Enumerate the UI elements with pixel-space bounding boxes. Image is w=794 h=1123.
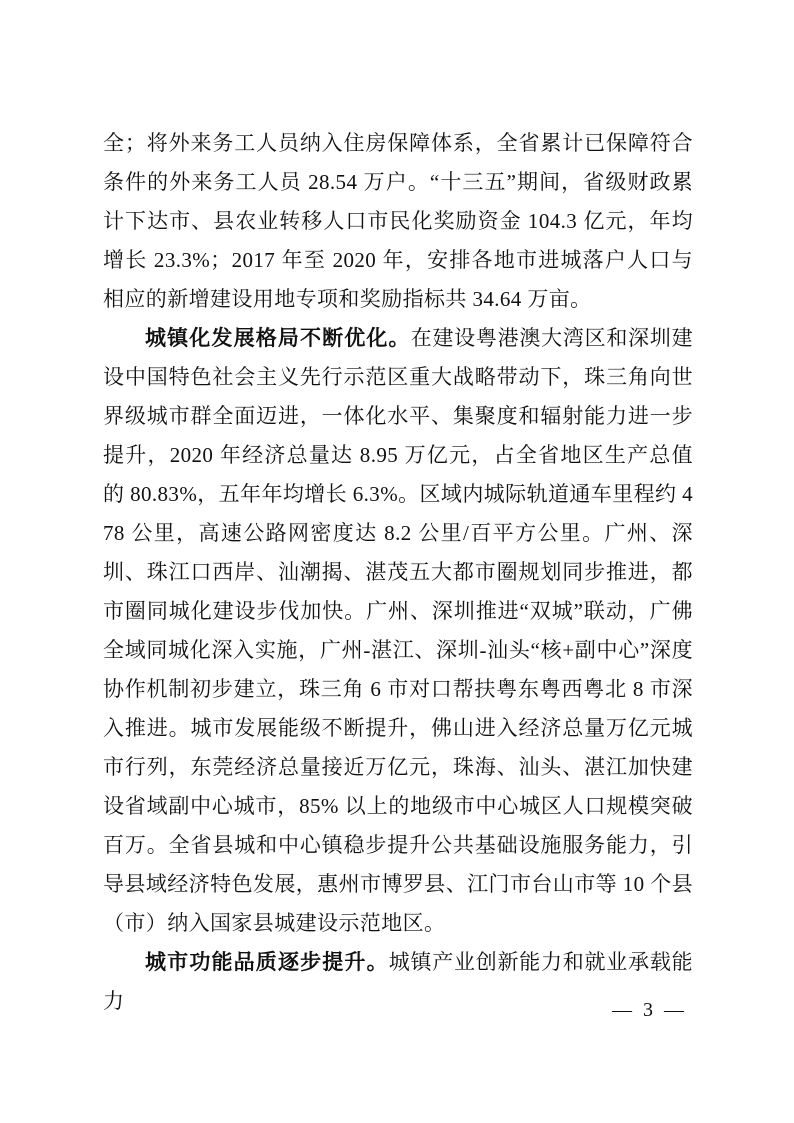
page-number: — 3 — <box>612 996 687 1024</box>
document-page: 全；将外来务工人员纳入住房保障体系，全省累计已保障符合条件的外来务工人员 28.… <box>0 0 794 1123</box>
paragraph-continuation: 全；将外来务工人员纳入住房保障体系，全省累计已保障符合条件的外来务工人员 28.… <box>103 124 693 319</box>
paragraph-urbanization-pattern: 城镇化发展格局不断优化。在建设粤港澳大湾区和深圳建设中国特色社会主义先行示范区重… <box>103 319 693 943</box>
paragraph-city-quality: 城市功能品质逐步提升。城镇产业创新能力和就业承载能力 <box>103 943 693 1021</box>
body-text: 全；将外来务工人员纳入住房保障体系，全省累计已保障符合条件的外来务工人员 28.… <box>103 124 693 1021</box>
paragraph-text: 全；将外来务工人员纳入住房保障体系，全省累计已保障符合条件的外来务工人员 28.… <box>103 131 693 311</box>
paragraph-lead: 城镇化发展格局不断优化。 <box>145 327 411 350</box>
paragraph-text: 在建设粤港澳大湾区和深圳建设中国特色社会主义先行示范区重大战略带动下，珠三角向世… <box>103 326 693 935</box>
paragraph-lead: 城市功能品质逐步提升。 <box>145 951 389 974</box>
